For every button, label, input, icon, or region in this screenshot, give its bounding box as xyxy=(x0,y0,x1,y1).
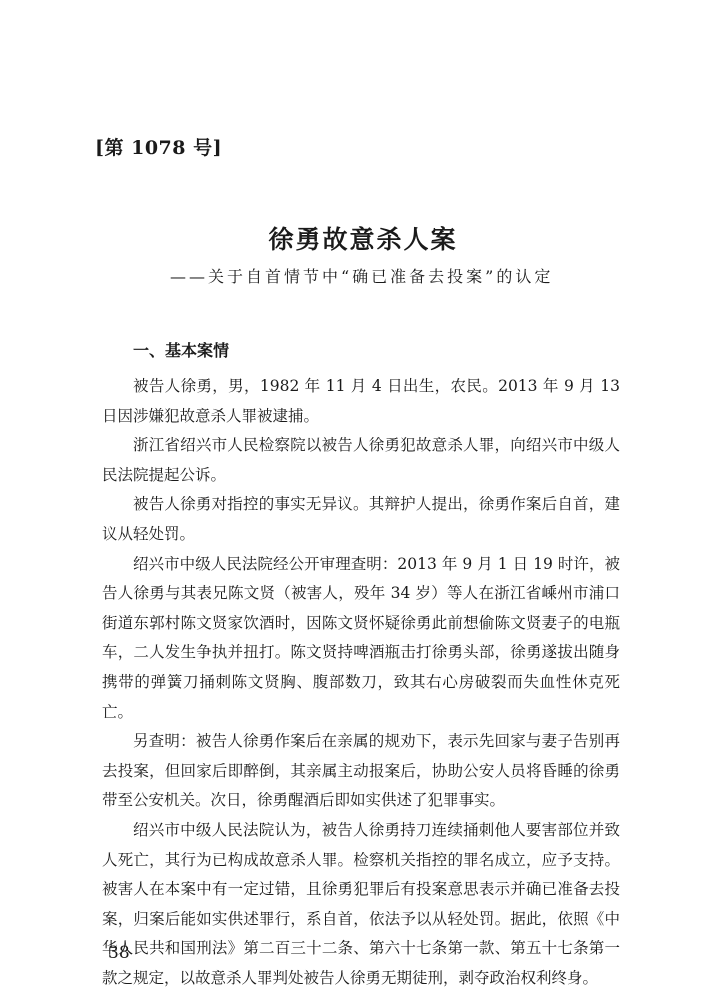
case-number: [第 1078 号] xyxy=(95,133,222,160)
body-text: 被告人徐勇，男，1982 年 11 月 4 日出生，农民。2013 年 9 月 … xyxy=(102,372,620,993)
page-number: 38 xyxy=(108,943,130,963)
paragraph: 另查明：被告人徐勇作案后在亲属的规劝下，表示先回家与妻子告别再去投案，但回家后即… xyxy=(102,727,620,816)
paragraph: 被告人徐勇，男，1982 年 11 月 4 日出生，农民。2013 年 9 月 … xyxy=(102,372,620,431)
case-subtitle: ——关于自首情节中“确已准备去投案”的认定 xyxy=(170,264,553,287)
paragraph: 浙江省绍兴市人民检察院以被告人徐勇犯故意杀人罪，向绍兴市中级人民法院提起公诉。 xyxy=(102,431,620,490)
case-title: 徐勇故意杀人案 xyxy=(0,220,726,256)
paragraph: 被告人徐勇对指控的事实无异议。其辩护人提出，徐勇作案后自首，建议从轻处罚。 xyxy=(102,490,620,549)
section-heading: 一、基本案情 xyxy=(133,338,229,361)
paragraph: 绍兴市中级人民法院经公开审理查明：2013 年 9 月 1 日 19 时许，被告… xyxy=(102,550,620,728)
paragraph: 绍兴市中级人民法院认为，被告人徐勇持刀连续捅刺他人要害部位并致人死亡，其行为已构… xyxy=(102,816,620,994)
